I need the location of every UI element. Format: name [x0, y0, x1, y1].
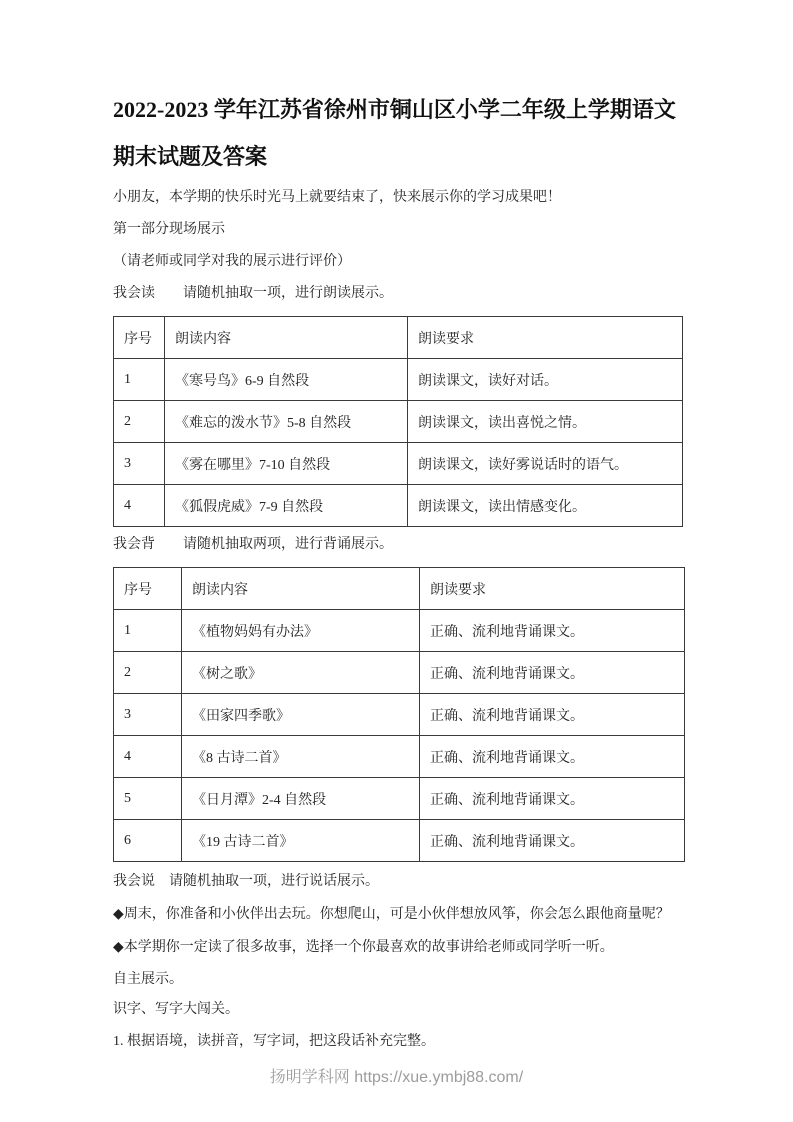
- table-row: 1《植物妈妈有办法》正确、流利地背诵课文。: [114, 610, 685, 652]
- reading-table: 序号 朗读内容 朗读要求 1《寒号鸟》6-9 自然段朗读课文，读好对话。2《难忘…: [113, 316, 683, 527]
- table-cell: 4: [114, 485, 165, 527]
- table-header-row: 序号 朗读内容 朗读要求: [114, 568, 685, 610]
- document-content: 2022-2023 学年江苏省徐州市铜山区小学二年级上学期语文 期末试题及答案 …: [113, 0, 683, 1052]
- table-cell: 正确、流利地背诵课文。: [420, 736, 685, 778]
- header-cell-content: 朗读内容: [165, 317, 408, 359]
- read-prompt: 我会读 请随机抽取一项，进行朗读展示。: [113, 284, 683, 304]
- table-cell: 《田家四季歌》: [182, 694, 420, 736]
- table-cell: 《雾在哪里》7-10 自然段: [165, 443, 408, 485]
- table-cell: 2: [114, 652, 182, 694]
- table-cell: 3: [114, 694, 182, 736]
- table-row: 3《雾在哪里》7-10 自然段朗读课文，读好雾说话时的语气。: [114, 443, 683, 485]
- table-cell: 《日月潭》2-4 自然段: [182, 778, 420, 820]
- table-cell: 朗读课文，读出情感变化。: [408, 485, 683, 527]
- table-cell: 正确、流利地背诵课文。: [420, 778, 685, 820]
- header-cell-content: 朗读内容: [182, 568, 420, 610]
- table-cell: 5: [114, 778, 182, 820]
- page-title-line1: 2022-2023 学年江苏省徐州市铜山区小学二年级上学期语文: [113, 86, 683, 133]
- question-1: 1. 根据语境，读拼音，写字词，把这段话补充完整。: [113, 1032, 683, 1052]
- table-row: 2《难忘的泼水节》5-8 自然段朗读课文，读出喜悦之情。: [114, 401, 683, 443]
- table-cell: 《难忘的泼水节》5-8 自然段: [165, 401, 408, 443]
- table-row: 4《狐假虎威》7-9 自然段朗读课文，读出情感变化。: [114, 485, 683, 527]
- literacy-heading: 识字、写字大闯关。: [113, 1000, 683, 1020]
- speak-prompt: 我会说 请随机抽取一项，进行说话展示。: [113, 872, 683, 892]
- evaluation-note: （请老师或同学对我的展示进行评价）: [113, 252, 683, 272]
- intro-paragraph: 小朋友，本学期的快乐时光马上就要结束了，快来展示你的学习成果吧！: [113, 188, 683, 208]
- table-cell: 朗读课文，读好对话。: [408, 359, 683, 401]
- recite-prompt: 我会背 请随机抽取两项，进行背诵展示。: [113, 535, 683, 555]
- page-title: 2022-2023 学年江苏省徐州市铜山区小学二年级上学期语文 期末试题及答案: [113, 86, 683, 180]
- table-cell: 《8 古诗二首》: [182, 736, 420, 778]
- footer-watermark: 扬明学科网 https://xue.ymbj88.com/: [0, 1064, 793, 1087]
- speak-option-2: ◆本学期你一定读了很多故事，选择一个你最喜欢的故事讲给老师或同学听一听。: [113, 938, 683, 958]
- table-row: 1《寒号鸟》6-9 自然段朗读课文，读好对话。: [114, 359, 683, 401]
- header-cell-index: 序号: [114, 568, 182, 610]
- table-row: 6《19 古诗二首》正确、流利地背诵课文。: [114, 820, 685, 862]
- table-cell: 6: [114, 820, 182, 862]
- self-show-line: 自主展示。: [113, 970, 683, 990]
- table-cell: 正确、流利地背诵课文。: [420, 820, 685, 862]
- table-cell: 《寒号鸟》6-9 自然段: [165, 359, 408, 401]
- table-cell: 朗读课文，读出喜悦之情。: [408, 401, 683, 443]
- table-cell: 朗读课文，读好雾说话时的语气。: [408, 443, 683, 485]
- table-row: 2《树之歌》正确、流利地背诵课文。: [114, 652, 685, 694]
- table-cell: 《狐假虎威》7-9 自然段: [165, 485, 408, 527]
- header-cell-requirement: 朗读要求: [420, 568, 685, 610]
- table-row: 5《日月潭》2-4 自然段正确、流利地背诵课文。: [114, 778, 685, 820]
- table-cell: 《树之歌》: [182, 652, 420, 694]
- table-cell: 2: [114, 401, 165, 443]
- header-cell-requirement: 朗读要求: [408, 317, 683, 359]
- table-cell: 《植物妈妈有办法》: [182, 610, 420, 652]
- table-cell: 1: [114, 359, 165, 401]
- table-row: 4《8 古诗二首》正确、流利地背诵课文。: [114, 736, 685, 778]
- table-cell: 《19 古诗二首》: [182, 820, 420, 862]
- table-row: 3《田家四季歌》正确、流利地背诵课文。: [114, 694, 685, 736]
- table-cell: 正确、流利地背诵课文。: [420, 652, 685, 694]
- table-cell: 4: [114, 736, 182, 778]
- table-header-row: 序号 朗读内容 朗读要求: [114, 317, 683, 359]
- table-cell: 1: [114, 610, 182, 652]
- table-cell: 正确、流利地背诵课文。: [420, 694, 685, 736]
- footer-site-link: 扬明学科网 https://xue.ymbj88.com/: [270, 1069, 523, 1086]
- table-cell: 3: [114, 443, 165, 485]
- header-cell-index: 序号: [114, 317, 165, 359]
- section-heading: 第一部分现场展示: [113, 220, 683, 240]
- document-page: 2022-2023 学年江苏省徐州市铜山区小学二年级上学期语文 期末试题及答案 …: [0, 0, 793, 1122]
- page-title-line2: 期末试题及答案: [113, 133, 683, 180]
- speak-option-1: ◆周末，你准备和小伙伴出去玩。你想爬山，可是小伙伴想放风筝，你会怎么跟他商量呢？: [113, 905, 683, 925]
- table-cell: 正确、流利地背诵课文。: [420, 610, 685, 652]
- recitation-table: 序号 朗读内容 朗读要求 1《植物妈妈有办法》正确、流利地背诵课文。2《树之歌》…: [113, 567, 685, 862]
